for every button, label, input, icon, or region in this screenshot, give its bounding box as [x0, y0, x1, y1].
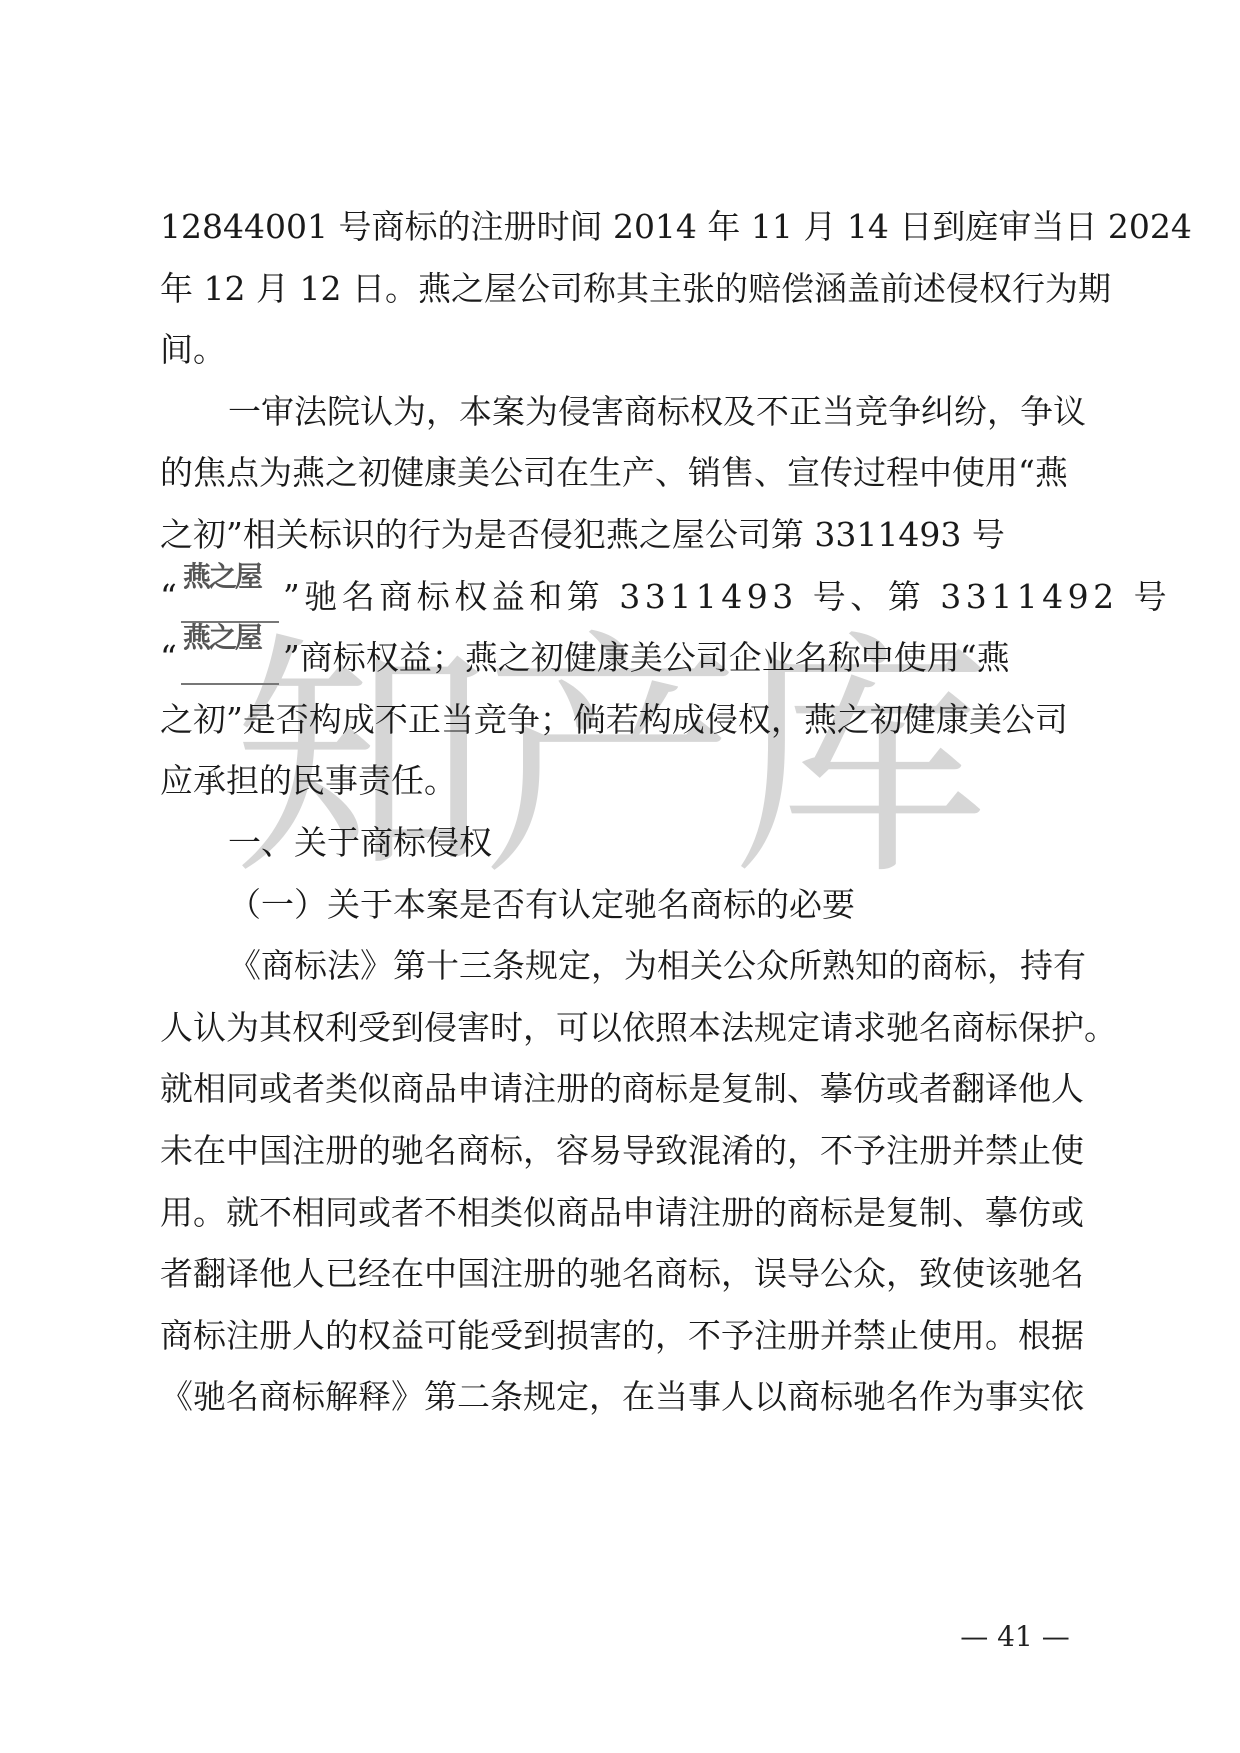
- line-text: ”驰名商标权益和第 3311493 号、第 3311492 号: [283, 566, 1171, 628]
- page-number: — 41 —: [960, 1620, 1070, 1653]
- line-text: 间。: [160, 319, 226, 381]
- line-text: 《商标法》第十三条规定，为相关公众所熟知的商标，持有: [228, 935, 1086, 997]
- line-text: 应承担的民事责任。: [160, 750, 457, 812]
- subsection-heading-1: （一）关于本案是否有认定驰名商标的必要: [160, 874, 1078, 936]
- line-text: 《驰名商标解释》第二条规定，在当事人以商标驰名作为事实依: [160, 1366, 1084, 1428]
- text-line-18: 者翻译他人已经在中国注册的驰名商标，误导公众，致使该驰名: [160, 1243, 1078, 1305]
- heading-text: （一）关于本案是否有认定驰名商标的必要: [228, 874, 855, 936]
- line-text: 者翻译他人已经在中国注册的驰名商标，误导公众，致使该驰名: [160, 1243, 1084, 1305]
- text-line-8: “ 燕之屋 ”商标权益；燕之初健康美公司企业名称中使用“燕: [160, 627, 1078, 689]
- text-line-20: 《驰名商标解释》第二条规定，在当事人以商标驰名作为事实依: [160, 1366, 1078, 1428]
- line-text: 商标注册人的权益可能受到损害的，不予注册并禁止使用。根据: [160, 1305, 1084, 1367]
- document-body: 12844001 号商标的注册时间 2014 年 11 月 14 日到庭审当日 …: [160, 196, 1078, 1428]
- line-text: 未在中国注册的驰名商标，容易导致混淆的，不予注册并禁止使: [160, 1120, 1084, 1182]
- text-line-3: 间。: [160, 319, 1078, 381]
- text-line-5: 的焦点为燕之初健康美公司在生产、销售、宣传过程中使用“燕: [160, 442, 1078, 504]
- paragraph-start: 一审法院认为，本案为侵害商标权及不正当竞争纠纷，争议: [160, 381, 1078, 443]
- quote-open: “: [160, 566, 177, 628]
- text-line-16: 未在中国注册的驰名商标，容易导致混淆的，不予注册并禁止使: [160, 1120, 1078, 1182]
- line-text: 之初”相关标识的行为是否侵犯燕之屋公司第 3311493 号: [160, 504, 1005, 566]
- line-text: 的焦点为燕之初健康美公司在生产、销售、宣传过程中使用“燕: [160, 442, 1068, 504]
- text-line-19: 商标注册人的权益可能受到损害的，不予注册并禁止使用。根据: [160, 1305, 1078, 1367]
- paragraph-start: 《商标法》第十三条规定，为相关公众所熟知的商标，持有: [160, 935, 1078, 997]
- line-text: 年 12 月 12 日。燕之屋公司称其主张的赔偿涵盖前述侵权行为期: [160, 258, 1111, 320]
- quote-open: “: [160, 627, 177, 689]
- text-line-10: 应承担的民事责任。: [160, 750, 1078, 812]
- line-text: 用。就不相同或者不相类似商品申请注册的商标是复制、摹仿或: [160, 1182, 1084, 1244]
- trademark-logo-image: 燕之屋: [181, 562, 279, 624]
- text-line-7: “ 燕之屋 ”驰名商标权益和第 3311493 号、第 3311492 号: [160, 566, 1078, 628]
- line-text: 一审法院认为，本案为侵害商标权及不正当竞争纠纷，争议: [228, 381, 1086, 443]
- text-line-1: 12844001 号商标的注册时间 2014 年 11 月 14 日到庭审当日 …: [160, 196, 1078, 258]
- trademark-logo-image: 燕之屋: [181, 623, 279, 685]
- line-text: ”商标权益；燕之初健康美公司企业名称中使用“燕: [283, 627, 1010, 689]
- text-line-17: 用。就不相同或者不相类似商品申请注册的商标是复制、摹仿或: [160, 1182, 1078, 1244]
- line-text: 12844001 号商标的注册时间 2014 年 11 月 14 日到庭审当日 …: [160, 196, 1192, 258]
- text-line-15: 就相同或者类似商品申请注册的商标是复制、摹仿或者翻译他人: [160, 1058, 1078, 1120]
- text-line-2: 年 12 月 12 日。燕之屋公司称其主张的赔偿涵盖前述侵权行为期: [160, 258, 1078, 320]
- section-heading-1: 一、关于商标侵权: [160, 812, 1078, 874]
- line-text: 之初”是否构成不正当竞争；倘若构成侵权，燕之初健康美公司: [160, 689, 1068, 751]
- text-line-14: 人认为其权利受到侵害时，可以依照本法规定请求驰名商标保护。: [160, 997, 1078, 1059]
- text-line-9: 之初”是否构成不正当竞争；倘若构成侵权，燕之初健康美公司: [160, 689, 1078, 751]
- line-text: 就相同或者类似商品申请注册的商标是复制、摹仿或者翻译他人: [160, 1058, 1084, 1120]
- line-text: 人认为其权利受到侵害时，可以依照本法规定请求驰名商标保护。: [160, 997, 1117, 1059]
- text-line-6: 之初”相关标识的行为是否侵犯燕之屋公司第 3311493 号: [160, 504, 1078, 566]
- heading-text: 一、关于商标侵权: [228, 812, 492, 874]
